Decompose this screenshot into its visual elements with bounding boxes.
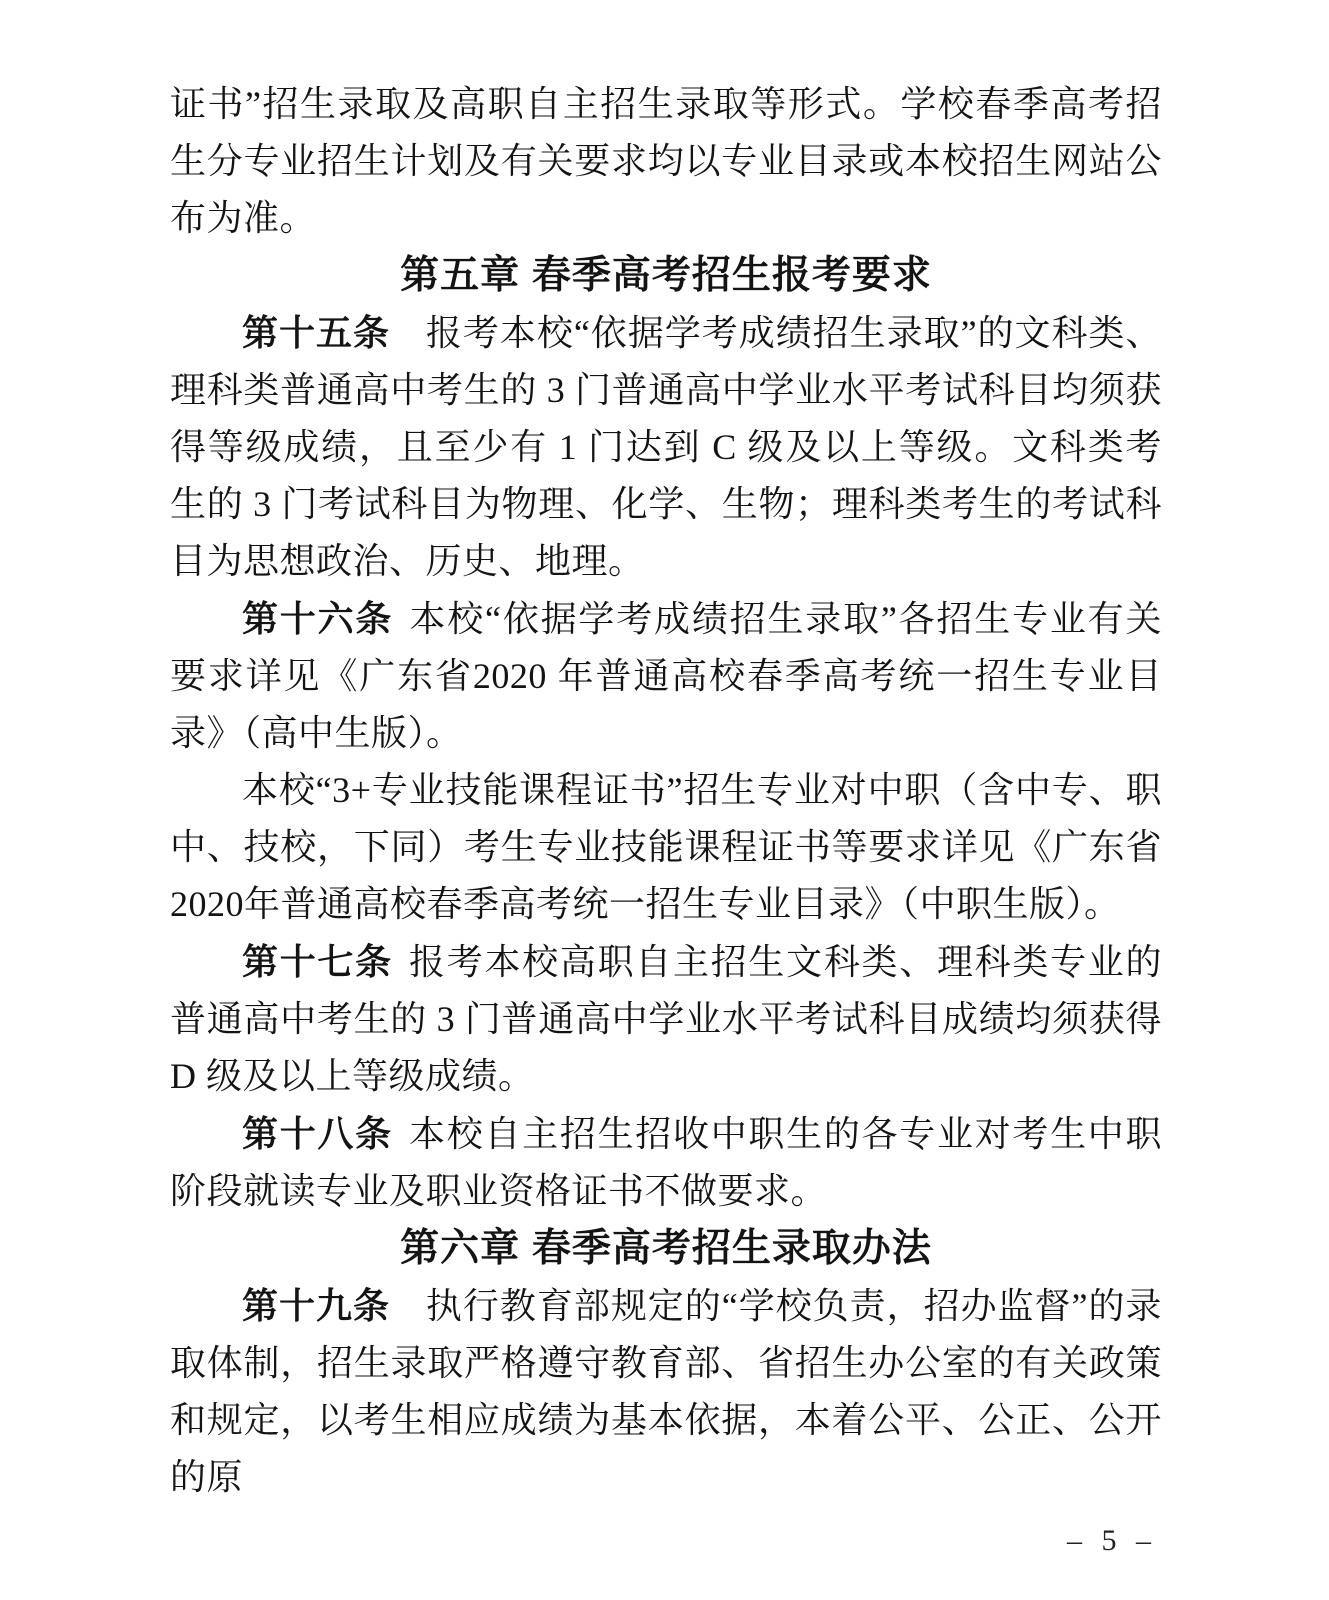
page-number-text: – 5 – — [1067, 1524, 1157, 1557]
article-17: 第十七条报考本校高职自主招生文科类、理科类专业的普通高中考生的 3 门普通高中学… — [170, 933, 1162, 1105]
article-15-label: 第十五条 — [242, 312, 390, 353]
chapter-6-heading-text: 第六章 春季高考招生录取办法 — [400, 1227, 932, 1270]
article-15-text: 报考本校“依据学考成绩招生录取”的文科类、理科类普通高中考生的 3 门普通高中学… — [170, 313, 1162, 581]
article-17-label: 第十七条 — [242, 941, 393, 982]
chapter-5-heading-text: 第五章 春季高考招生报考要求 — [400, 254, 932, 297]
chapter-6-heading: 第六章 春季高考招生录取办法 — [170, 1220, 1162, 1277]
article-18: 第十八条本校自主招生招收中职生的各专业对考生中职阶段就读专业及职业资格证书不做要… — [170, 1105, 1162, 1220]
article-19-label: 第十九条 — [242, 1285, 390, 1326]
article-19: 第十九条执行教育部规定的“学校负责，招办监督”的录取体制，招生录取严格遵守教育部… — [170, 1277, 1162, 1506]
article-15: 第十五条报考本校“依据学考成绩招生录取”的文科类、理科类普通高中考生的 3 门普… — [170, 304, 1162, 590]
page-number: – 5 – — [1067, 1524, 1157, 1558]
intro-paragraph-text: 证书”招生录取及高职自主招生录取等形式。学校春季高考招生分专业招生计划及有关要求… — [170, 84, 1162, 238]
article-18-label: 第十八条 — [242, 1113, 393, 1154]
article-16-label: 第十六条 — [242, 598, 393, 639]
document-page: 证书”招生录取及高职自主招生录取等形式。学校春季高考招生分专业招生计划及有关要求… — [0, 0, 1329, 1600]
document-body: 证书”招生录取及高职自主招生录取等形式。学校春季高考招生分专业招生计划及有关要求… — [170, 76, 1162, 1506]
article-16-second-paragraph: 本校“3+专业技能课程证书”招生专业对中职（含中专、职中、技校，下同）考生专业技… — [170, 762, 1162, 933]
intro-paragraph: 证书”招生录取及高职自主招生录取等形式。学校春季高考招生分专业招生计划及有关要求… — [170, 76, 1162, 247]
article-16: 第十六条本校“依据学考成绩招生录取”各招生专业有关要求详见《广东省2020 年普… — [170, 590, 1162, 762]
chapter-5-heading: 第五章 春季高考招生报考要求 — [170, 247, 1162, 304]
article-16-second-paragraph-text: 本校“3+专业技能课程证书”招生专业对中职（含中专、职中、技校，下同）考生专业技… — [170, 770, 1162, 924]
